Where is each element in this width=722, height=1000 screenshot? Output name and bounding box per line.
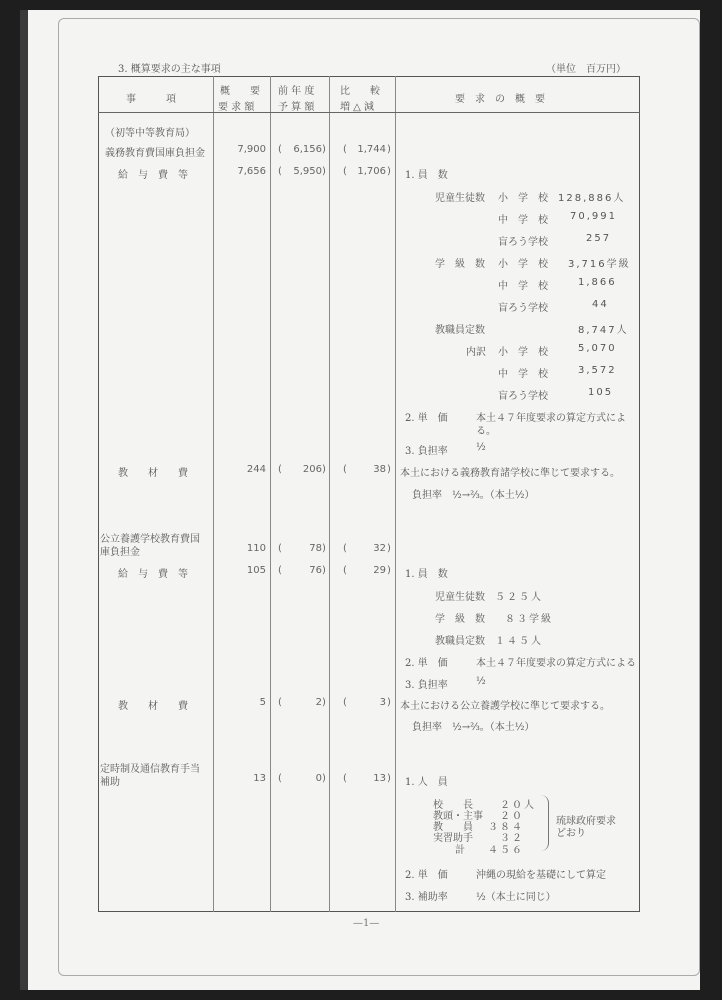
paren-open: ( (278, 144, 282, 155)
col-divider (395, 76, 396, 912)
summary-heading: 1. 員 数 (405, 565, 448, 580)
row-item: 補助 (100, 773, 120, 788)
request-amount: 105 (222, 565, 266, 576)
unit-price-label: 2. 単 価 (405, 866, 448, 881)
school-label: 盲ろう学校 (498, 299, 548, 314)
paren-close: ) (387, 464, 391, 475)
school-label: 小 学 校 (498, 189, 548, 204)
role-label: 計 (455, 841, 465, 856)
paren-open: ( (278, 697, 282, 708)
materials-summary: 本土における義務教育諸学校に準じて要求する。 (400, 464, 620, 479)
count-value: 70,991 (570, 211, 617, 222)
unit-price-text: 本土４７年度要求の算定方式による (476, 654, 636, 669)
request-amount: 110 (222, 543, 266, 554)
diff-amount: 32 (350, 543, 386, 554)
count-value: 128,886人 (558, 189, 625, 204)
paren-open: ( (278, 166, 282, 177)
prev-amount: 78 (284, 543, 322, 554)
paren-close: ) (322, 464, 326, 475)
paren-open: ( (343, 464, 347, 475)
paren-open: ( (278, 543, 282, 554)
breakdown-label: 内訳 (466, 343, 486, 358)
row-item: 給 与 費 等 (118, 565, 188, 580)
paren-open: ( (278, 773, 282, 784)
school-label: 小 学 校 (498, 255, 548, 270)
section-title: 3. 概算要求の主な事項 (118, 60, 221, 75)
diff-amount: 3 (350, 697, 386, 708)
header-diff-2: 増 △ 減 (340, 98, 374, 113)
header-request-1: 概 要 (220, 82, 260, 97)
unit-price-label: 2. 単 価 (405, 654, 448, 669)
diff-amount: 13 (350, 773, 386, 784)
paren-open: ( (343, 144, 347, 155)
diff-amount: 29 (350, 565, 386, 576)
count-value: 105 (588, 387, 613, 398)
prev-amount: 206 (284, 464, 322, 475)
paren-close: ) (322, 543, 326, 554)
prev-amount: 2 (284, 697, 322, 708)
brace-bracket (540, 795, 549, 851)
header-summary: 要 求 の 概 要 (455, 90, 545, 105)
brace-note: どおり (556, 824, 586, 839)
school-label: 盲ろう学校 (498, 387, 548, 402)
row-item: 教 材 費 (118, 697, 188, 712)
prev-amount: 6,156 (284, 144, 322, 155)
header-prev-1: 前 年 度 (278, 82, 314, 97)
count-value: 257 (586, 233, 611, 244)
paren-open: ( (343, 565, 347, 576)
school-label: 小 学 校 (498, 343, 548, 358)
request-amount: 7,656 (222, 166, 266, 177)
unit-price-text: る。 (476, 422, 496, 437)
paren-close: ) (387, 697, 391, 708)
students-label: 児童生徒数 (435, 189, 485, 204)
paren-close: ) (387, 144, 391, 155)
prev-amount: 76 (284, 565, 322, 576)
materials-burden: 負担率 ½→⅔。（本土½） (412, 486, 534, 501)
paren-close: ) (387, 166, 391, 177)
row-item: 教 材 費 (118, 464, 188, 479)
paren-close: ) (322, 565, 326, 576)
prev-amount: 0 (284, 773, 322, 784)
request-amount: 13 (222, 773, 266, 784)
col-divider (329, 76, 330, 912)
header-item: 事 項 (126, 90, 176, 105)
count-value: 44 (592, 299, 609, 310)
burden-rate-label: 3. 負担率 (405, 676, 448, 691)
count-value: 1,866 (578, 277, 617, 288)
paren-open: ( (343, 773, 347, 784)
header-diff-1: 比 較 (340, 82, 380, 97)
count-value: ８３学級 (505, 610, 553, 625)
count-label: 児童生徒数 (435, 588, 485, 603)
paren-close: ) (322, 697, 326, 708)
count-value: １４５人 (495, 632, 543, 647)
school-label: 中 学 校 (498, 365, 548, 380)
summary-heading: 1. 員 数 (405, 166, 448, 181)
school-label: 盲ろう学校 (498, 233, 548, 248)
count-value: 5,070 (578, 343, 617, 354)
col-divider (270, 76, 271, 912)
unit-price-text: 沖縄の現給を基礎にして算定 (476, 866, 606, 881)
count-label: 教職員定数 (435, 632, 485, 647)
paren-open: ( (278, 464, 282, 475)
unit-label: （単位 百万円） (546, 60, 626, 75)
staff-label: 教職員定数 (435, 321, 485, 336)
school-label: 中 学 校 (498, 211, 548, 226)
page-number: —1— (353, 918, 379, 929)
paren-close: ) (387, 773, 391, 784)
paren-close: ) (322, 166, 326, 177)
paren-close: ) (387, 543, 391, 554)
diff-amount: 1,744 (350, 144, 386, 155)
request-amount: 244 (222, 464, 266, 475)
school-label: 中 学 校 (498, 277, 548, 292)
row-item: 義務教育費国庫負担金 (105, 144, 205, 159)
paren-close: ) (387, 565, 391, 576)
header-request-2: 要 求 額 (218, 98, 254, 113)
count-value: 8,747人 (578, 321, 629, 336)
paren-open: ( (278, 565, 282, 576)
count-value: 3,716学級 (568, 255, 631, 270)
count-value: 3,572 (578, 365, 617, 376)
diff-amount: 1,706 (350, 166, 386, 177)
diff-amount: 38 (350, 464, 386, 475)
burden-rate-value: ½ (476, 676, 486, 687)
header-prev-2: 予 算 額 (278, 98, 314, 113)
summary-heading: 1. 人 員 (405, 773, 448, 788)
classes-label: 学 級 数 (435, 255, 485, 270)
row-item: 庫負担金 (100, 543, 140, 558)
prev-amount: 5,950 (284, 166, 322, 177)
burden-rate-label: 3. 負担率 (405, 442, 448, 457)
request-amount: 5 (222, 697, 266, 708)
materials-summary: 本土における公立養護学校に準じて要求する。 (400, 697, 610, 712)
subsidy-rate-value: ½（本土に同じ） (476, 888, 556, 903)
unit-price-label: 2. 単 価 (405, 409, 448, 424)
count-label: 学 級 数 (435, 610, 485, 625)
materials-burden: 負担率 ½→⅔。（本土½） (412, 718, 534, 733)
unit-price-text: 本土４７年度要求の算定方式によ (476, 409, 626, 424)
request-amount: 7,900 (222, 144, 266, 155)
paren-open: ( (343, 166, 347, 177)
paren-open: ( (343, 543, 347, 554)
row-bureau: （初等中等教育局） (105, 124, 195, 139)
count-value: ４５６ (488, 841, 524, 856)
role-label: 実習助手 (433, 829, 473, 844)
paren-close: ) (322, 144, 326, 155)
row-item: 給 与 費 等 (118, 166, 188, 181)
burden-rate-value: ½ (476, 442, 486, 453)
col-divider (213, 76, 214, 912)
count-value: ５２５人 (495, 588, 543, 603)
subsidy-rate-label: 3. 補助率 (405, 888, 448, 903)
paren-open: ( (343, 697, 347, 708)
paren-close: ) (322, 773, 326, 784)
